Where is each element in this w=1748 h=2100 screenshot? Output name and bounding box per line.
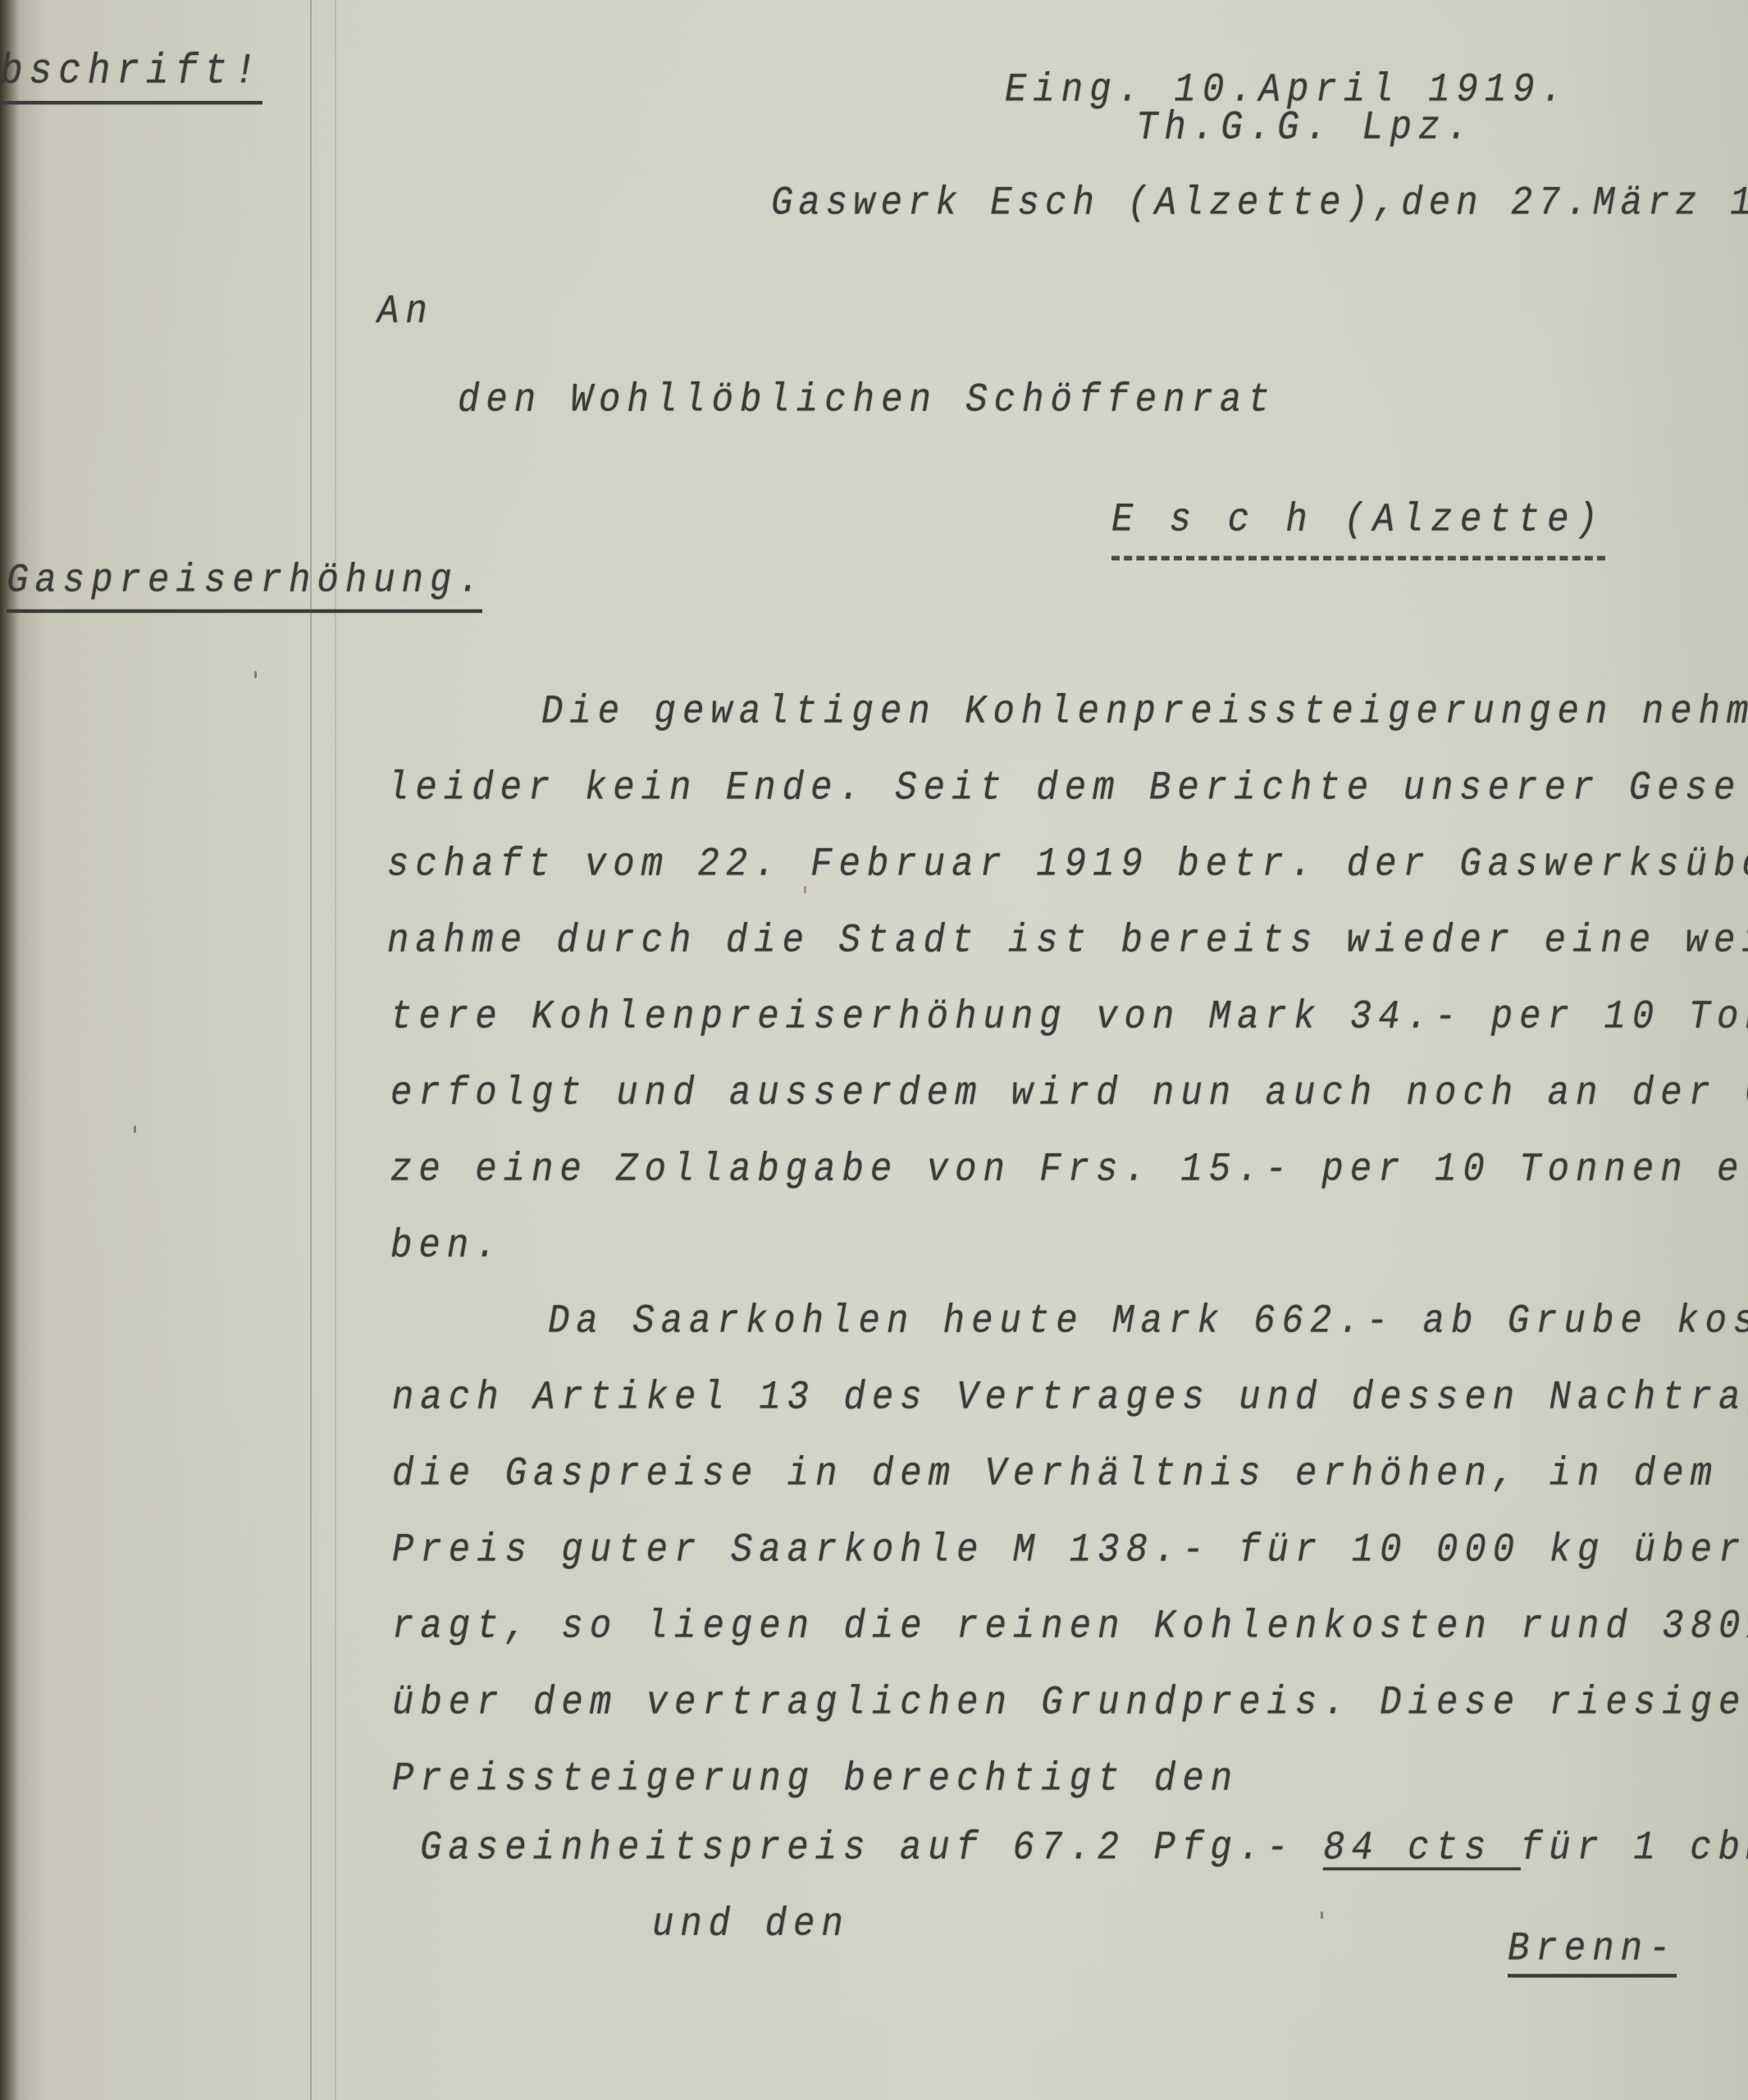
paper-fleck (804, 886, 806, 893)
text-line: leider kein Ende. Seit dem Berichte unse… (387, 765, 1748, 811)
price-underlined-cts: 84 cts (1323, 1825, 1521, 1871)
receipt-stamp-line2: Th.G.G. Lpz. (1136, 105, 1475, 151)
text-line: Da Saarkohlen heute Mark 662.- ab Grube … (548, 1299, 1748, 1344)
text-line: erfolgt und ausserdem wird nun auch noch… (390, 1071, 1748, 1116)
text-line: nahme durch die Stadt ist bereits wieder… (387, 918, 1748, 964)
margin-fold-line (310, 0, 312, 2100)
price-line-after: für 1 cbm (1521, 1825, 1748, 1871)
text-line: Preis guter Saarkohle M 138.- für 10 000… (392, 1527, 1748, 1573)
text-line: ze eine Zollabgabe von Frs. 15.- per 10 … (390, 1147, 1748, 1193)
paper-fleck (134, 1125, 136, 1133)
margin-note-abschrift: bschrift! (0, 48, 262, 104)
text-line: tere Kohlenpreiserhöhung von Mark 34.- p… (390, 994, 1748, 1040)
paper-fleck (1321, 1911, 1323, 1919)
price-line: Gaseinheitspreis auf 67.2 Pfg.- 84 cts f… (420, 1825, 1748, 1871)
text-line: Die gewaltigen Kohlenpreissteigerungen n… (541, 689, 1748, 735)
price-line-before: Gaseinheitspreis auf 67.2 Pfg.- (420, 1825, 1323, 1871)
text-line: Preissteigerung berechtigt den (392, 1756, 1239, 1802)
text-line: die Gaspreise in dem Verhältnis erhöhen,… (392, 1451, 1748, 1497)
salutation-an: An (377, 289, 434, 335)
place-date-line: Gaswerk Esch (Alzette),den 27.März 1919 (771, 180, 1748, 226)
text-line: über dem vertraglichen Grundpreis. Diese… (392, 1680, 1746, 1726)
recipient-city: E s c h (Alzette) (1111, 497, 1605, 560)
text-line: nach Artikel 13 des Vertrages und dessen… (392, 1375, 1748, 1421)
catchword-brenn: Brenn- (1508, 1926, 1677, 1978)
paper-fleck (254, 671, 257, 678)
subject-heading: Gaspreiserhöhung. (7, 558, 482, 613)
text-line: ben. (390, 1223, 504, 1269)
continuation-text: und den (652, 1901, 850, 1947)
text-line: schaft vom 22. Februar 1919 betr. der Ga… (387, 842, 1748, 888)
recipient-name: den Wohllöblichen Schöffenrat (458, 377, 1276, 423)
text-line: ragt, so liegen die reinen Kohlenkosten … (392, 1604, 1748, 1650)
margin-fold-line-secondary (335, 0, 336, 2100)
